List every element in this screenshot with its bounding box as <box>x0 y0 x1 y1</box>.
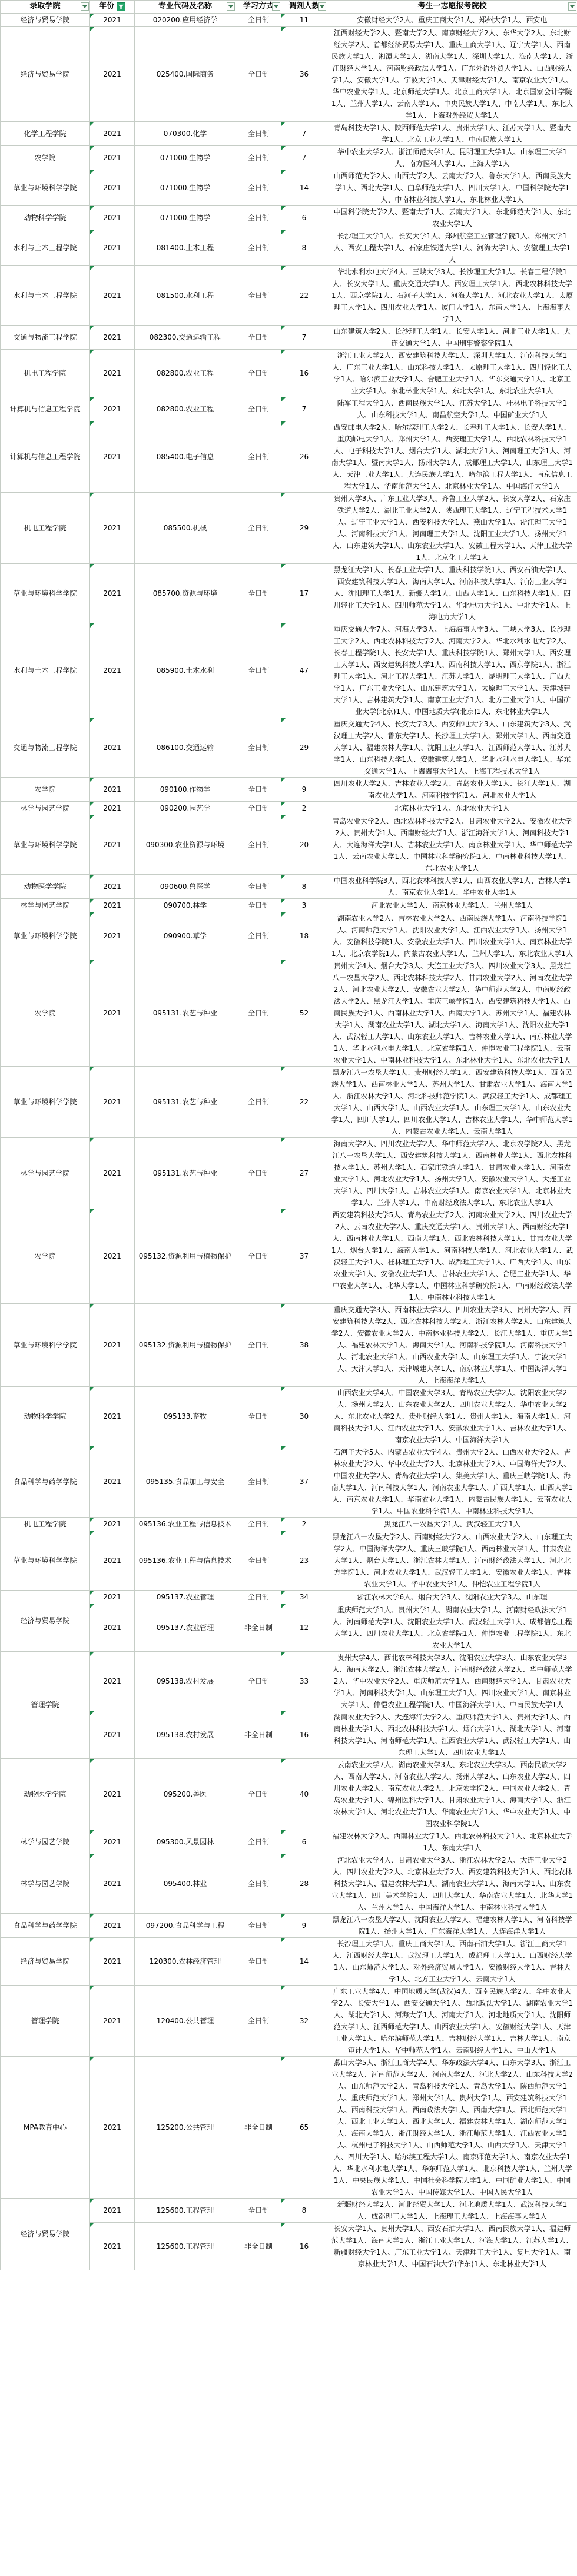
schools-value: 西安建筑科技大学5人、青岛农业大学2人、河南农业大学2人、四川农业大学2人、云南… <box>331 1211 573 1302</box>
schools-cell[interactable]: 重庆交通大学3人、西南林业大学3人、四川农业大学3人、贵州大学2人、西安建筑科技… <box>327 1303 577 1386</box>
schools-cell[interactable]: 四川农业大学2人、吉林农业大学2人、青岛农业大学1人、长江大学1人、湖南农业大学… <box>327 777 577 801</box>
schools-cell[interactable]: 河北农业大学1人、南京林业大学1人、兰州大学1人 <box>327 898 577 912</box>
schools-cell[interactable]: 山西师范大学2人、山西大学2人、云南大学2人、鲁东大学1人、西南民族大学1人、西… <box>327 170 577 205</box>
table-row: 食品科学与药学学院2021097200.食品科学与工程全日制9黑龙江八一农垦大学… <box>1 1913 577 1937</box>
schools-cell[interactable]: 浙江工业大学2人、西安建筑科技大学1人、深圳大学1人、河南科技大学1人、广东工业… <box>327 349 577 397</box>
major-cell[interactable]: 095131.农艺与种业 <box>135 1066 236 1137</box>
year-cell[interactable]: 2021 <box>90 1830 135 1854</box>
major-cell[interactable]: 085700.资源与环境 <box>135 563 236 623</box>
college-cell[interactable]: 农学院 <box>1 777 90 801</box>
college-cell[interactable]: 草业与环境科学学院 <box>1 912 90 960</box>
mode-cell[interactable]: 全日制 <box>236 898 281 912</box>
count-cell[interactable]: 16 <box>281 2222 327 2270</box>
comment-marker-icon <box>281 899 286 903</box>
major-cell[interactable]: 082800.农业工程 <box>135 397 236 421</box>
schools-cell[interactable]: 青岛科技大学1人、陕西师范大学1人、贵州大学1人、江苏大学1人、暨南大学1人、北… <box>327 121 577 145</box>
comment-marker-icon <box>90 146 94 150</box>
major-cell[interactable]: 082300.交通运输工程 <box>135 325 236 349</box>
year-cell[interactable]: 2021 <box>90 1303 135 1386</box>
mode-cell[interactable]: 全日制 <box>236 121 281 145</box>
major-cell[interactable]: 081500.水利工程 <box>135 265 236 325</box>
schools-cell[interactable]: 石河子大学5人、内蒙古农业大学4人、贵州大学2人、山西农业大学2人、吉林农业大学… <box>327 1446 577 1517</box>
schools-cell[interactable]: 山西农业大学4人、中国农业大学3人、青岛农业大学2人、沈阳农业大学2人、扬州大学… <box>327 1386 577 1446</box>
college-cell[interactable]: 草业与环境科学学院 <box>1 815 90 874</box>
mode-value: 全日制 <box>248 841 269 849</box>
schools-cell[interactable]: 广东工业大学4人、中国地质大学(武汉)4人、西南民族大学2人、华中农业大学2人、… <box>327 1985 577 2056</box>
year-cell[interactable]: 2021 <box>90 265 135 325</box>
schools-cell[interactable]: 江西财经大学2人、暨南大学2人、南京财经大学2人、东华大学2人、东北财经大学2人… <box>327 26 577 121</box>
table-row: 林学与园艺学院2021090200.园艺学全日制2北京林业大学1人、东北农业大学… <box>1 801 577 815</box>
count-cell[interactable]: 20 <box>281 815 327 874</box>
major-cell[interactable]: 095200.兽医 <box>135 1758 236 1830</box>
college-cell[interactable]: 水利与土木工程学院 <box>1 623 90 718</box>
mode-cell[interactable]: 全日制 <box>236 1830 281 1854</box>
column-header-label: 年份 <box>99 1 114 12</box>
major-cell[interactable]: 086100.交通运输 <box>135 718 236 777</box>
schools-cell[interactable]: 贵州大学4人、西北农林科技大学3人、沈阳农业大学3人、山东农业大学3人、海南大学… <box>327 1651 577 1711</box>
mode-cell[interactable]: 全日制 <box>236 960 281 1066</box>
mode-cell[interactable]: 全日制 <box>236 265 281 325</box>
count-cell[interactable]: 33 <box>281 1651 327 1711</box>
year-cell[interactable]: 2021 <box>90 205 135 230</box>
college-cell[interactable]: 动物医学学院 <box>1 1758 90 1830</box>
year-cell[interactable]: 2021 <box>90 1386 135 1446</box>
schools-cell[interactable]: 重庆交通大学4人、长安大学3人、西安邮电大学3人、山东建筑大学3人、武汉理工大学… <box>327 718 577 777</box>
college-cell[interactable]: 交通与物流工程学院 <box>1 718 90 777</box>
schools-cell[interactable]: 湖南农业大学2人、吉林农业大学2人、西南民族大学1人、河南科技学院1人、河南师范… <box>327 912 577 960</box>
year-cell[interactable]: 2021 <box>90 777 135 801</box>
major-cell[interactable]: 082800.农业工程 <box>135 349 236 397</box>
college-cell[interactable]: 草业与环境科学学院 <box>1 1303 90 1386</box>
college-cell[interactable]: 农学院 <box>1 1209 90 1303</box>
year-value: 2021 <box>103 524 121 532</box>
major-cell[interactable]: 090900.草学 <box>135 912 236 960</box>
college-cell[interactable]: 草业与环境科学学院 <box>1 1066 90 1137</box>
year-cell[interactable]: 2021 <box>90 1711 135 1758</box>
mode-cell[interactable]: 全日制 <box>236 718 281 777</box>
column-header-label: 考生一志愿报考院校 <box>417 1 486 12</box>
year-cell[interactable]: 2021 <box>90 2198 135 2222</box>
college-cell[interactable]: 经济与贸易学院 <box>1 1937 90 1985</box>
mode-cell[interactable]: 全日制 <box>236 421 281 492</box>
count-cell[interactable]: 3 <box>281 898 327 912</box>
college-cell[interactable]: 农学院 <box>1 145 90 170</box>
college-cell[interactable]: 管理学院 <box>1 1651 90 1758</box>
count-cell[interactable]: 23 <box>281 1531 327 1590</box>
count-cell[interactable]: 28 <box>281 1854 327 1913</box>
year-cell[interactable]: 2021 <box>90 1446 135 1517</box>
year-cell[interactable]: 2021 <box>90 815 135 874</box>
year-cell[interactable]: 2021 <box>90 1985 135 2056</box>
college-cell[interactable]: 草业与环境科学学院 <box>1 170 90 205</box>
count-cell[interactable]: 12 <box>281 1604 327 1651</box>
major-cell[interactable]: 095137.农业管理 <box>135 1604 236 1651</box>
year-cell[interactable]: 2021 <box>90 492 135 563</box>
mode-cell[interactable]: 全日制 <box>236 26 281 121</box>
schools-cell[interactable]: 北京林业大学1人、东北农业大学1人 <box>327 801 577 815</box>
mode-cell[interactable]: 全日制 <box>236 492 281 563</box>
mode-cell[interactable]: 全日制 <box>236 1758 281 1830</box>
mode-cell[interactable]: 非全日制 <box>236 1711 281 1758</box>
schools-value: 河北农业大学4人、甘肃农业大学3人、浙江农林大学2人、大连工业大学2人、四川农业… <box>331 1856 573 1911</box>
year-cell[interactable]: 2021 <box>90 898 135 912</box>
mode-cell[interactable]: 全日制 <box>236 1854 281 1913</box>
college-cell[interactable]: 机电工程学院 <box>1 349 90 397</box>
college-cell[interactable]: 计算机与信息工程学院 <box>1 421 90 492</box>
schools-cell[interactable]: 湖南农业大学2人、大连海洋大学2人、重庆师范大学1人、贵州大学1人、西南林业大学… <box>327 1711 577 1758</box>
mode-cell[interactable]: 全日制 <box>236 777 281 801</box>
count-cell[interactable]: 30 <box>281 1386 327 1446</box>
year-cell[interactable]: 2021 <box>90 1937 135 1985</box>
count-cell[interactable]: 9 <box>281 777 327 801</box>
count-cell[interactable]: 17 <box>281 563 327 623</box>
year-cell[interactable]: 2021 <box>90 912 135 960</box>
schools-cell[interactable]: 河北农业大学4人、甘肃农业大学3人、浙江农林大学2人、大连工业大学2人、四川农业… <box>327 1854 577 1913</box>
year-cell[interactable]: 2021 <box>90 1517 135 1531</box>
count-cell[interactable]: 7 <box>281 145 327 170</box>
year-cell[interactable]: 2021 <box>90 230 135 265</box>
year-cell[interactable]: 2021 <box>90 1913 135 1937</box>
schools-cell[interactable]: 福建农林大学2人、西南林业大学1人、西北农林科技大学1人、北京林业大学1人、东南… <box>327 1830 577 1854</box>
year-cell[interactable]: 2021 <box>90 1137 135 1209</box>
schools-cell[interactable]: 长沙理工大学1人、重庆工商大学1人、西南石油大学1人、浙江工商大学1人、江西财经… <box>327 1937 577 1985</box>
major-cell[interactable]: 095132.资源利用与植物保护 <box>135 1303 236 1386</box>
major-cell[interactable]: 071000.生物学 <box>135 205 236 230</box>
count-cell[interactable]: 16 <box>281 1711 327 1758</box>
major-value: 095131.农艺与种业 <box>153 1169 218 1177</box>
college-cell[interactable]: 机电工程学院 <box>1 1517 90 1531</box>
college-cell[interactable]: 食品科学与药学学院 <box>1 1446 90 1517</box>
college-cell[interactable]: 林学与园艺学院 <box>1 1137 90 1209</box>
year-cell[interactable]: 2021 <box>90 13 135 26</box>
schools-cell[interactable]: 黑龙江八一农垦大学1人、武汉轻工大学1人 <box>327 1517 577 1531</box>
filter-dropdown-icon[interactable] <box>318 2 326 11</box>
count-value: 6 <box>302 1838 307 1846</box>
count-cell[interactable]: 14 <box>281 170 327 205</box>
table-row: 经济与贸易学院2021095137.农业管理全日制34浙江农林大学6人、烟台大学… <box>1 1590 577 1604</box>
mode-cell[interactable]: 全日制 <box>236 623 281 718</box>
major-cell[interactable]: 125200.公共管理 <box>135 2056 236 2198</box>
major-cell[interactable]: 090600.兽医学 <box>135 874 236 898</box>
college-cell[interactable]: 交通与物流工程学院 <box>1 325 90 349</box>
count-cell[interactable]: 8 <box>281 230 327 265</box>
mode-cell[interactable]: 全日制 <box>236 815 281 874</box>
year-cell[interactable]: 2021 <box>90 1209 135 1303</box>
count-cell[interactable]: 6 <box>281 1830 327 1854</box>
major-cell[interactable]: 120300.农林经济管理 <box>135 1937 236 1985</box>
mode-cell[interactable]: 全日制 <box>236 1386 281 1446</box>
college-value: 水利与土木工程学院 <box>13 291 77 300</box>
year-cell[interactable]: 2021 <box>90 421 135 492</box>
college-cell[interactable]: 林学与园艺学院 <box>1 1830 90 1854</box>
year-cell[interactable]: 2021 <box>90 960 135 1066</box>
major-cell[interactable]: 095137.农业管理 <box>135 1590 236 1604</box>
year-cell[interactable]: 2021 <box>90 1590 135 1604</box>
count-cell[interactable]: 2 <box>281 1517 327 1531</box>
major-cell[interactable]: 095133.畜牧 <box>135 1386 236 1446</box>
major-cell[interactable]: 071000.生物学 <box>135 145 236 170</box>
year-filter-funnel-icon[interactable] <box>117 2 125 11</box>
count-value: 8 <box>302 2206 307 2215</box>
college-cell[interactable]: 农学院 <box>1 960 90 1066</box>
year-cell[interactable]: 2021 <box>90 170 135 205</box>
schools-cell[interactable]: 长沙理工大学1人、长安大学1人、郑州航空工业管理学院1人、郑州大学1人、西安工程… <box>327 230 577 265</box>
count-cell[interactable]: 9 <box>281 1913 327 1937</box>
count-cell[interactable]: 36 <box>281 26 327 121</box>
college-cell[interactable]: 食品科学与药学学院 <box>1 1913 90 1937</box>
count-cell[interactable]: 37 <box>281 1446 327 1517</box>
major-cell[interactable]: 095132.资源利用与植物保护 <box>135 1209 236 1303</box>
college-cell[interactable]: 管理学院 <box>1 1985 90 2056</box>
major-cell[interactable]: 095300.风景园林 <box>135 1830 236 1854</box>
year-cell[interactable]: 2021 <box>90 1604 135 1651</box>
college-cell[interactable]: 经济与贸易学院 <box>1 13 90 26</box>
mode-cell[interactable]: 全日制 <box>236 1137 281 1209</box>
schools-cell[interactable]: 陆军工程大学1人、西南民族大学1人、江苏大学1人、桂林电子科技大学1人、山东科技… <box>327 397 577 421</box>
count-value: 26 <box>300 453 309 461</box>
major-cell[interactable]: 090700.林学 <box>135 898 236 912</box>
year-cell[interactable]: 2021 <box>90 1651 135 1711</box>
college-cell[interactable]: 草业与环境科学学院 <box>1 563 90 623</box>
year-cell[interactable]: 2021 <box>90 1854 135 1913</box>
major-cell[interactable]: 095131.农艺与种业 <box>135 1137 236 1209</box>
year-cell[interactable]: 2021 <box>90 1758 135 1830</box>
schools-cell[interactable]: 重庆交通大学7人、河海大学3人、上海海事大学3人、三峡大学3人、长沙理工大学2人… <box>327 623 577 718</box>
major-cell[interactable]: 085900.土木水利 <box>135 623 236 718</box>
mode-cell[interactable]: 全日制 <box>236 13 281 26</box>
college-cell[interactable]: MPA教育中心 <box>1 2056 90 2198</box>
mode-cell[interactable]: 全日制 <box>236 563 281 623</box>
college-cell[interactable]: 林学与园艺学院 <box>1 1854 90 1913</box>
filter-dropdown-icon[interactable] <box>227 2 235 11</box>
major-cell[interactable]: 120400.公共管理 <box>135 1985 236 2056</box>
schools-cell[interactable]: 西安邮电大学2人、哈尔滨理工大学2人、长春理工大学1人、长安大学1人、重庆邮电大… <box>327 421 577 492</box>
mode-cell[interactable]: 全日制 <box>236 1937 281 1985</box>
count-cell[interactable]: 8 <box>281 2198 327 2222</box>
mode-cell[interactable]: 全日制 <box>236 1066 281 1137</box>
mode-cell[interactable]: 非全日制 <box>236 2222 281 2270</box>
college-cell[interactable]: 动物医学学院 <box>1 874 90 898</box>
count-cell[interactable]: 18 <box>281 912 327 960</box>
major-cell[interactable]: 095138.农村发展 <box>135 1651 236 1711</box>
mode-cell[interactable]: 全日制 <box>236 1590 281 1604</box>
count-cell[interactable]: 7 <box>281 325 327 349</box>
schools-cell[interactable]: 重庆师范大学1人、贵州大学1人、湖南农业大学1人、河南财经政法大学1人、河南师范… <box>327 1604 577 1651</box>
count-cell[interactable]: 29 <box>281 718 327 777</box>
count-cell[interactable]: 2 <box>281 801 327 815</box>
mode-cell[interactable]: 全日制 <box>236 1446 281 1517</box>
year-cell[interactable]: 2021 <box>90 349 135 397</box>
filter-dropdown-icon[interactable] <box>568 2 576 11</box>
count-cell[interactable]: 8 <box>281 874 327 898</box>
schools-cell[interactable]: 新疆财经大学2人、河北经贸大学1人、河北地质大学1人、武汉科技大学1人、成都理工… <box>327 2198 577 2222</box>
mode-cell[interactable]: 全日制 <box>236 912 281 960</box>
count-cell[interactable]: 14 <box>281 1937 327 1985</box>
mode-cell[interactable]: 全日制 <box>236 230 281 265</box>
schools-cell[interactable]: 燕山大学5人、浙江工商大学4人、华东政法大学4人、山东大学3人、浙江工业大学2人… <box>327 2056 577 2198</box>
mode-cell[interactable]: 全日制 <box>236 2198 281 2222</box>
college-cell[interactable]: 经济与贸易学院 <box>1 26 90 121</box>
major-cell[interactable]: 090200.园艺学 <box>135 801 236 815</box>
count-cell[interactable]: 47 <box>281 623 327 718</box>
college-cell[interactable]: 动物科学学院 <box>1 1386 90 1446</box>
year-cell[interactable]: 2021 <box>90 325 135 349</box>
year-cell[interactable]: 2021 <box>90 2056 135 2198</box>
schools-cell[interactable]: 长安大学1人、贵州大学1人、西安石油大学1人、西南民族大学1人、福建师范大学1人… <box>327 2222 577 2270</box>
year-cell[interactable]: 2021 <box>90 1066 135 1137</box>
college-value: 草业与环境科学学院 <box>13 1098 77 1106</box>
count-cell[interactable]: 65 <box>281 2056 327 2198</box>
major-cell[interactable]: 125600.工程管理 <box>135 2222 236 2270</box>
year-cell[interactable]: 2021 <box>90 26 135 121</box>
year-cell[interactable]: 2021 <box>90 563 135 623</box>
chevron-down-icon <box>274 5 278 8</box>
year-cell[interactable]: 2021 <box>90 718 135 777</box>
mode-value: 全日制 <box>248 70 269 78</box>
major-cell[interactable]: 095135.食品加工与安全 <box>135 1446 236 1517</box>
count-cell[interactable]: 32 <box>281 1985 327 2056</box>
mode-cell[interactable]: 全日制 <box>236 397 281 421</box>
mode-cell[interactable]: 全日制 <box>236 1651 281 1711</box>
major-cell[interactable]: 081400.土木工程 <box>135 230 236 265</box>
schools-cell[interactable]: 海南大学2人、四川农业大学2人、华中师范大学2人、北京农学院2人、黑龙江八一农垦… <box>327 1137 577 1209</box>
mode-cell[interactable]: 全日制 <box>236 801 281 815</box>
mode-cell[interactable]: 全日制 <box>236 325 281 349</box>
count-cell[interactable]: 7 <box>281 397 327 421</box>
major-cell[interactable]: 095400.林业 <box>135 1854 236 1913</box>
count-cell[interactable]: 29 <box>281 492 327 563</box>
schools-cell[interactable]: 华中农业大学2人、浙江师范大学1人、昆明理工大学1人、山东理工大学1人、南方医科… <box>327 145 577 170</box>
count-cell[interactable]: 52 <box>281 960 327 1066</box>
comment-marker-icon <box>90 875 94 879</box>
count-cell[interactable]: 6 <box>281 205 327 230</box>
major-cell[interactable]: 085500.机械 <box>135 492 236 563</box>
year-cell[interactable]: 2021 <box>90 874 135 898</box>
count-cell[interactable]: 40 <box>281 1758 327 1830</box>
major-cell[interactable]: 020200.应用经济学 <box>135 13 236 26</box>
college-cell[interactable]: 机电工程学院 <box>1 492 90 563</box>
major-cell[interactable]: 085400.电子信息 <box>135 421 236 492</box>
major-cell[interactable]: 095136.农业工程与信息技术 <box>135 1517 236 1531</box>
college-cell[interactable]: 水利与土木工程学院 <box>1 230 90 265</box>
mode-cell[interactable]: 全日制 <box>236 170 281 205</box>
count-cell[interactable]: 11 <box>281 13 327 26</box>
college-cell[interactable]: 经济与贸易学院 <box>1 2198 90 2270</box>
mode-cell[interactable]: 全日制 <box>236 1985 281 2056</box>
schools-cell[interactable]: 青岛农业大学2人、西北农林科技大学2人、甘肃农业大学2人、安徽农业大学2人、贵州… <box>327 815 577 874</box>
college-cell[interactable]: 计算机与信息工程学院 <box>1 397 90 421</box>
year-cell[interactable]: 2021 <box>90 121 135 145</box>
schools-cell[interactable]: 云南农业大学7人、湖南农业大学3人、东北农业大学3人、西南民族大学2人、西南大学… <box>327 1758 577 1830</box>
filter-dropdown-icon[interactable] <box>81 2 89 11</box>
count-cell[interactable]: 26 <box>281 421 327 492</box>
major-cell[interactable]: 025400.国际商务 <box>135 26 236 121</box>
comment-marker-icon <box>90 421 94 426</box>
year-value: 2021 <box>103 1098 121 1106</box>
mode-cell[interactable]: 全日制 <box>236 1913 281 1937</box>
mode-cell[interactable]: 非全日制 <box>236 2056 281 2198</box>
major-cell[interactable]: 095136.农业工程与信息技术 <box>135 1531 236 1590</box>
college-cell[interactable]: 林学与园艺学院 <box>1 801 90 815</box>
count-cell[interactable]: 16 <box>281 349 327 397</box>
year-cell[interactable]: 2021 <box>90 2222 135 2270</box>
year-cell[interactable]: 2021 <box>90 1531 135 1590</box>
major-cell[interactable]: 090300.农业资源与环境 <box>135 815 236 874</box>
year-cell[interactable]: 2021 <box>90 623 135 718</box>
comment-marker-icon <box>90 493 94 497</box>
mode-cell[interactable]: 全日制 <box>236 349 281 397</box>
year-value: 2021 <box>103 1838 121 1846</box>
college-cell[interactable]: 草业与环境科学学院 <box>1 1531 90 1590</box>
major-cell[interactable]: 090100.作物学 <box>135 777 236 801</box>
schools-cell[interactable]: 浙江农林大学6人、烟台大学3人、沈阳农业大学3人、山东理 <box>327 1590 577 1604</box>
schools-cell[interactable]: 黑龙江大学1人、长春工业大学1人、重庆科技学院1人、西安石油大学1人、西安建筑科… <box>327 563 577 623</box>
mode-cell[interactable]: 全日制 <box>236 205 281 230</box>
comment-marker-icon <box>90 899 94 903</box>
schools-cell[interactable]: 山东建筑大学2人、长沙理工大学1人、长安大学1人、河北工业大学1人、大连交通大学… <box>327 325 577 349</box>
comment-marker-icon <box>90 718 94 722</box>
comment-marker-icon <box>281 397 286 401</box>
college-cell[interactable]: 林学与园艺学院 <box>1 898 90 912</box>
mode-cell[interactable]: 全日制 <box>236 874 281 898</box>
schools-cell[interactable]: 黑龙江八一农垦大学2人、沈阳农业大学2人、福建农林大学1人、河南科技学院1人、扬… <box>327 1913 577 1937</box>
major-cell[interactable]: 097200.食品科学与工程 <box>135 1913 236 1937</box>
schools-cell[interactable]: 贵州大学4人、烟台大学3人、大连工业大学3人、四川农业大学3人、黑龙江八一农垦大… <box>327 960 577 1066</box>
schools-cell[interactable]: 贵州大学3人、广东工业大学3人、齐鲁工业大学2人、长安大学2人、石家庄铁道大学2… <box>327 492 577 563</box>
mode-cell[interactable]: 全日制 <box>236 1209 281 1303</box>
college-cell[interactable]: 经济与贸易学院 <box>1 1590 90 1651</box>
schools-cell[interactable]: 中国农业科学院3人、西北农林科技大学1人、山西农业大学1人、吉林大学1人、南京农… <box>327 874 577 898</box>
table-row: 经济与贸易学院2021020200.应用经济学全日制11安徽财经大学2人、重庆工… <box>1 13 577 26</box>
major-cell[interactable]: 071000.生物学 <box>135 170 236 205</box>
major-value: 070300.化学 <box>164 130 207 138</box>
mode-value: 全日制 <box>248 1556 269 1565</box>
count-cell[interactable]: 27 <box>281 1137 327 1209</box>
mode-cell[interactable]: 非全日制 <box>236 1604 281 1651</box>
mode-cell[interactable]: 全日制 <box>236 1303 281 1386</box>
mode-cell[interactable]: 全日制 <box>236 1531 281 1590</box>
count-cell[interactable]: 38 <box>281 1303 327 1386</box>
major-value: 090100.作物学 <box>160 785 211 794</box>
schools-cell[interactable]: 黑龙江八一农垦大学2人、西南财经大学2人、山西农业大学2人、山东理工大学2人、中… <box>327 1531 577 1590</box>
year-cell[interactable]: 2021 <box>90 801 135 815</box>
schools-cell[interactable]: 华北水利水电大学4人、三峡大学3人、长沙理工大学1人、长春工程学院1人、长安大学… <box>327 265 577 325</box>
count-cell[interactable]: 37 <box>281 1209 327 1303</box>
college-value: 农学院 <box>34 1252 55 1260</box>
college-cell[interactable]: 动物科学学院 <box>1 205 90 230</box>
count-cell[interactable]: 22 <box>281 265 327 325</box>
schools-value: 山东建筑大学2人、长沙理工大学1人、长安大学1人、河北工业大学1人、大连交通大学… <box>334 327 571 347</box>
year-cell[interactable]: 2021 <box>90 145 135 170</box>
schools-cell[interactable]: 黑龙江八一农垦大学1人、贵州财经大学1人、西安建筑科技大学1人、西南民族大学1人… <box>327 1066 577 1137</box>
count-cell[interactable]: 7 <box>281 121 327 145</box>
mode-cell[interactable]: 全日制 <box>236 1517 281 1531</box>
schools-cell[interactable]: 安徽财经大学2人、重庆工商大学1人、郑州大学1人、西安电 <box>327 13 577 26</box>
schools-cell[interactable]: 西安建筑科技大学5人、青岛农业大学2人、河南农业大学2人、四川农业大学2人、云南… <box>327 1209 577 1303</box>
major-cell[interactable]: 095138.农村发展 <box>135 1711 236 1758</box>
major-cell[interactable]: 125600.工程管理 <box>135 2198 236 2222</box>
count-cell[interactable]: 22 <box>281 1066 327 1137</box>
mode-cell[interactable]: 全日制 <box>236 145 281 170</box>
major-cell[interactable]: 070300.化学 <box>135 121 236 145</box>
year-cell[interactable]: 2021 <box>90 397 135 421</box>
count-cell[interactable]: 34 <box>281 1590 327 1604</box>
college-cell[interactable]: 水利与土木工程学院 <box>1 265 90 325</box>
major-cell[interactable]: 095131.农艺与种业 <box>135 960 236 1066</box>
schools-cell[interactable]: 中国科学院大学2人、暨南大学1人、云南大学1人、东北师范大学1人、东北农业大学1… <box>327 205 577 230</box>
college-cell[interactable]: 化学工程学院 <box>1 121 90 145</box>
filter-dropdown-icon[interactable] <box>272 2 280 11</box>
